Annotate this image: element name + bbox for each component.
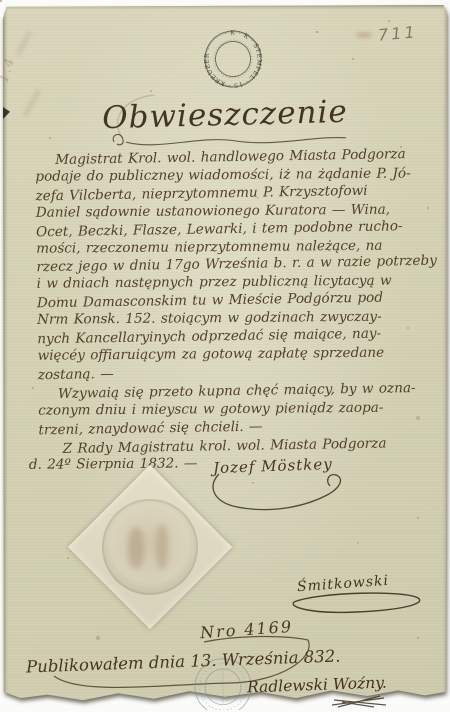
pencil-smudge xyxy=(356,32,372,38)
official-signature-flourish xyxy=(286,588,428,618)
paragraph-2: Wzywaią się przeto kupna chęć maiący, by… xyxy=(38,380,435,439)
scanned-document-page: · K · K · STEMPEL · 15 · KREUZER · 711 1… xyxy=(0,0,450,712)
revenue-stamp-icon: · K · K · STEMPEL · 15 · KREUZER · xyxy=(197,23,269,95)
signature-scribble xyxy=(330,694,390,710)
archival-number: 711 xyxy=(377,22,418,44)
title-underline-flourish xyxy=(108,128,346,150)
paragraph-1: Magistrat Krol. wol. handlowego Miasta P… xyxy=(35,147,434,385)
body-text: Magistrat Krol. wol. handlowego Miasta P… xyxy=(35,147,435,477)
paper-specks xyxy=(0,0,2,2)
svg-text:· K · K · STEMPEL · 15 · KREUZ: · K · K · STEMPEL · 15 · KREUZER · xyxy=(197,23,269,95)
mayor-signature-flourish xyxy=(203,470,353,518)
embossed-seal-impression xyxy=(102,499,198,595)
